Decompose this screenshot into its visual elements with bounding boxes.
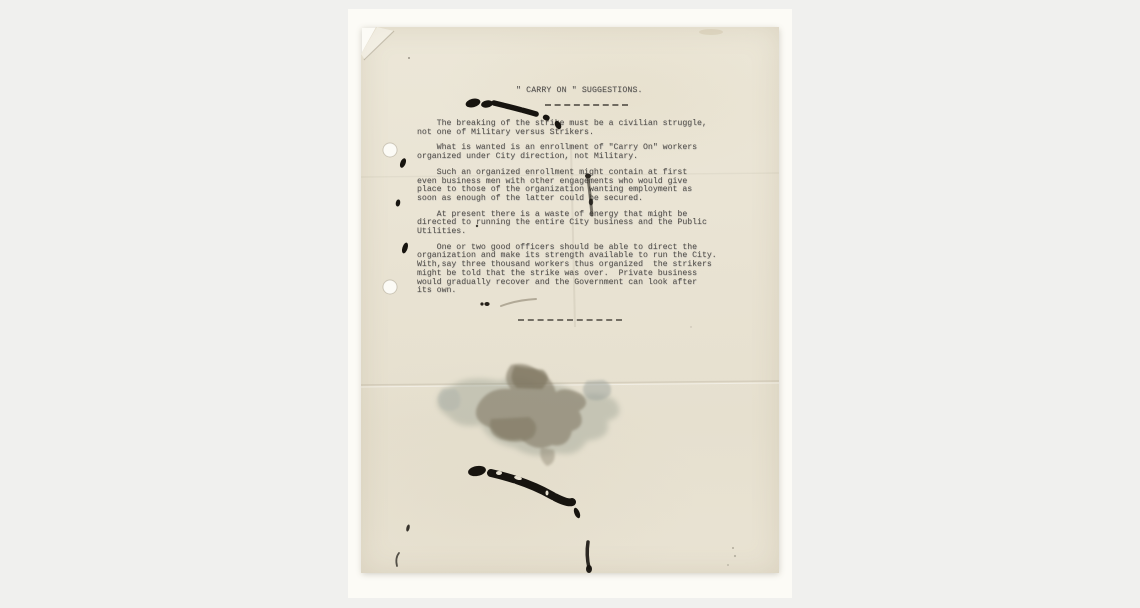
paragraph: What is wanted is an enrollment of "Carr… xyxy=(417,144,729,161)
typewritten-text-layer: " CARRY ON " SUGGESTIONS. The breaking o… xyxy=(361,27,779,573)
document-body: The breaking of the strike must be a civ… xyxy=(417,120,729,303)
end-divider xyxy=(518,319,622,321)
scan-background: " CARRY ON " SUGGESTIONS. The breaking o… xyxy=(348,9,792,598)
paragraph: Such an organized enrollment might conta… xyxy=(417,169,729,204)
paragraph: The breaking of the strike must be a civ… xyxy=(417,120,729,137)
paragraph: At present there is a waste of energy th… xyxy=(417,211,729,237)
paragraph: One or two good officers should be able … xyxy=(417,244,729,296)
document-title: " CARRY ON " SUGGESTIONS. xyxy=(516,86,643,95)
scanned-document-view: " CARRY ON " SUGGESTIONS. The breaking o… xyxy=(0,0,1140,608)
title-underline xyxy=(545,104,628,106)
paper-sheet: " CARRY ON " SUGGESTIONS. The breaking o… xyxy=(361,27,779,573)
